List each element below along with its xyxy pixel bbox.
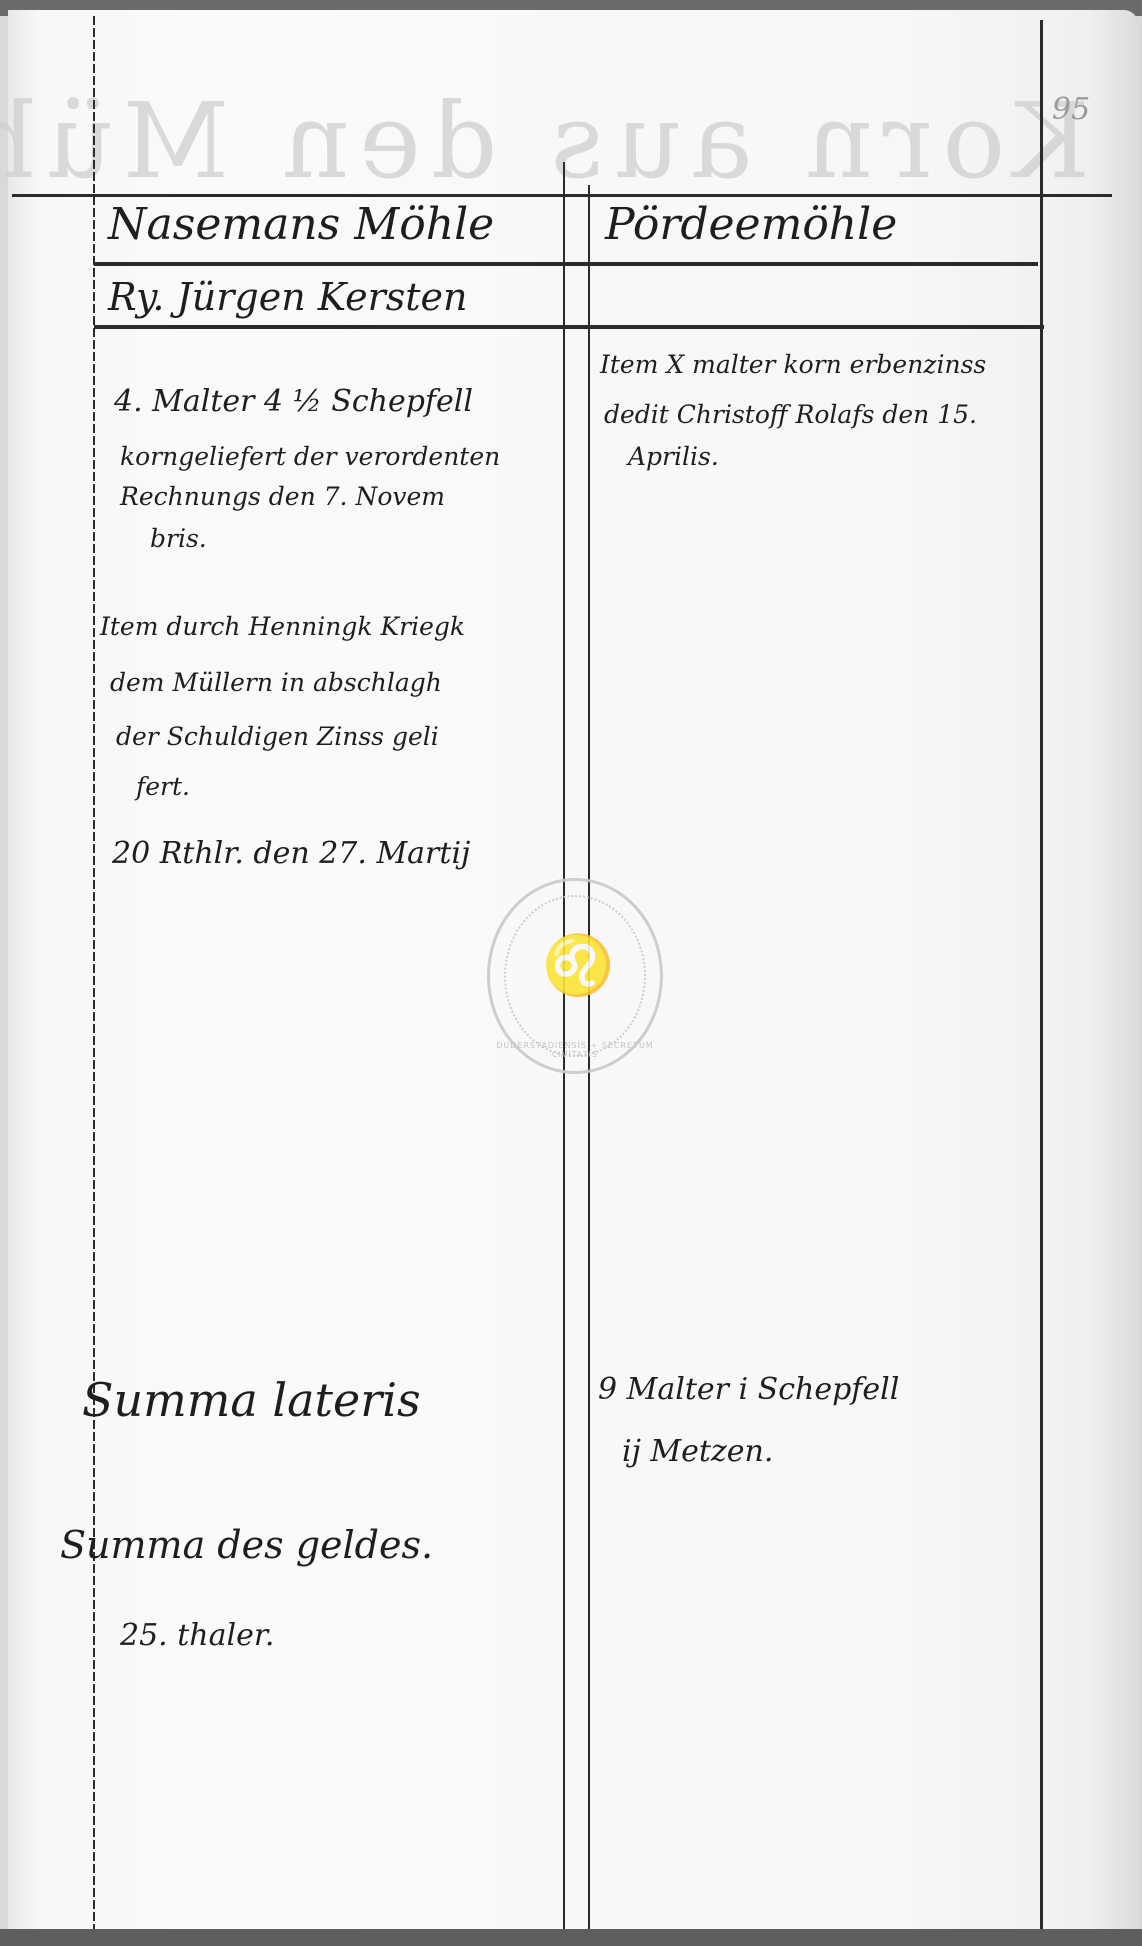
page-number: 95 xyxy=(1052,92,1090,127)
entry-line: dedit Christoff Rolafs den 15. xyxy=(604,398,977,431)
summa-lateris-right-line1: 9 Malter i Schepfell xyxy=(598,1370,899,1410)
entry-line: Rechnungs den 7. Novem xyxy=(120,480,445,513)
seal-legend: DUDERSTADIENSIS + SECRETUM CIVITATIS xyxy=(490,1041,660,1059)
entry-line: Aprilis. xyxy=(628,440,719,473)
city-seal-stamp: ♌ DUDERSTADIENSIS + SECRETUM CIVITATIS xyxy=(487,878,663,1074)
entry-line: der Schuldigen Zinss geli xyxy=(116,720,439,753)
summa-geldes-value: 25. thaler. xyxy=(120,1616,274,1656)
summa-geldes-label: Summa des geldes. xyxy=(60,1520,433,1570)
header-bottom-rule xyxy=(94,262,1038,266)
left-margin-rule xyxy=(93,16,95,1929)
summa-lateris-label: Summa lateris xyxy=(82,1370,421,1431)
subheader-bottom-rule xyxy=(94,325,1044,329)
entry-line: korngeliefert der verordenten xyxy=(120,440,500,473)
left-entry-3: 20 Rthlr. den 27. Martij xyxy=(112,834,470,874)
column-subheader-left: Ry. Jürgen Kersten xyxy=(108,272,468,322)
entry-line: 4. Malter 4 ½ Schepfell xyxy=(114,382,473,422)
scan-bottom-edge xyxy=(0,1929,1142,1946)
column-header-right: Pördeemöhle xyxy=(605,196,897,254)
summa-lateris-right-line2: ij Metzen. xyxy=(622,1432,773,1472)
entry-line: dem Müllern in abschlagh xyxy=(110,666,442,699)
column-header-left: Nasemans Möhle xyxy=(108,196,494,254)
entry-line: Item X malter korn erbenzinss xyxy=(600,348,986,381)
lion-emblem-icon: ♌ xyxy=(542,931,614,1000)
entry-line: bris. xyxy=(150,522,207,555)
right-margin-rule xyxy=(1040,20,1043,1929)
entry-line: Item durch Henningk Kriegk xyxy=(100,610,465,643)
entry-line: fert. xyxy=(136,770,190,803)
bleedthrough-heading: Korn aus den Mühlen xyxy=(30,80,1090,190)
